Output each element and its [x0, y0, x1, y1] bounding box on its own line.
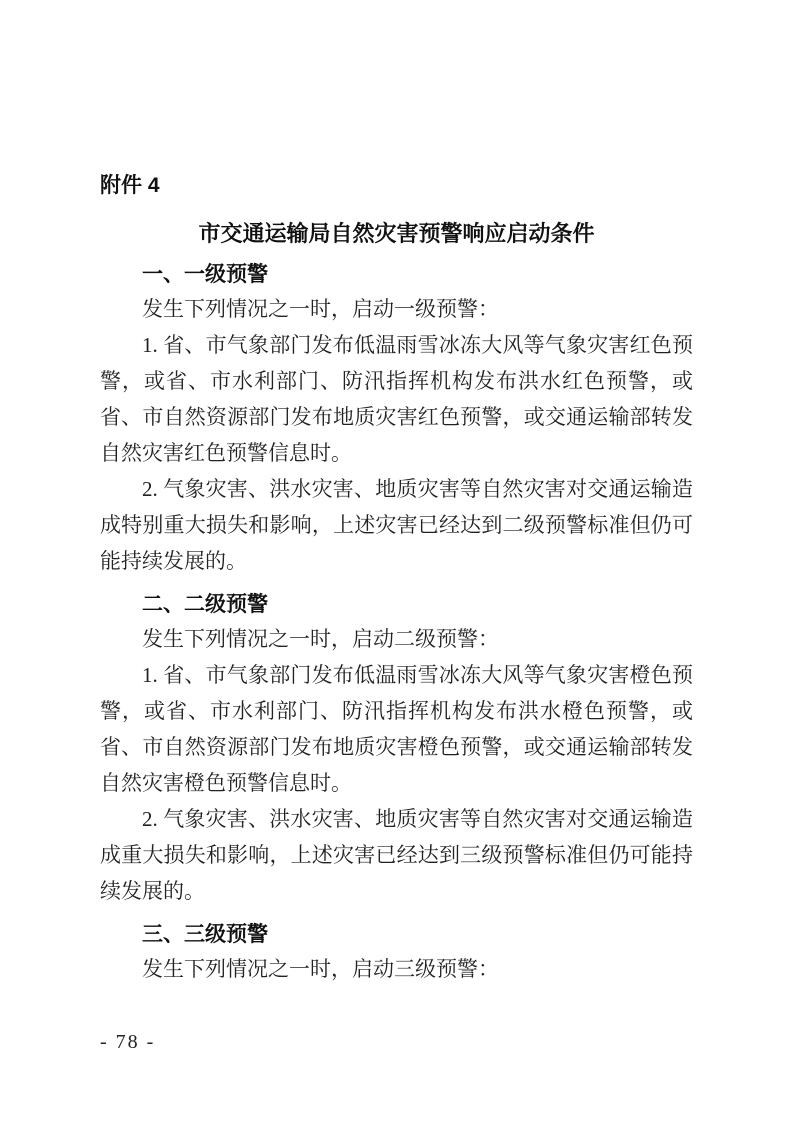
section-level-1-warning: 一、一级预警 发生下列情况之一时，启动一级预警： 1. 省、市气象部门发布低温雨… — [100, 259, 693, 579]
section-3-intro-paragraph: 发生下列情况之一时，启动三级预警： — [100, 951, 693, 987]
section-2-condition-1: 1. 省、市气象部门发布低温雨雪冰冻大风等气象灾害橙色预警，或省、市水利部门、防… — [100, 657, 693, 801]
section-heading-level-3: 三、三级预警 — [100, 919, 693, 951]
section-1-condition-2: 2. 气象灾害、洪水灾害、地质灾害等自然灾害对交通运输造成特别重大损失和影响，上… — [100, 471, 693, 579]
section-2-intro-paragraph: 发生下列情况之一时，启动二级预警： — [100, 621, 693, 657]
document-title: 市交通运输局自然灾害预警响应启动条件 — [100, 219, 693, 249]
section-heading-level-2: 二、二级预警 — [100, 589, 693, 621]
section-1-condition-1: 1. 省、市气象部门发布低温雨雪冰冻大风等气象灾害红色预警，或省、市水利部门、防… — [100, 327, 693, 471]
section-level-2-warning: 二、二级预警 发生下列情况之一时，启动二级预警： 1. 省、市气象部门发布低温雨… — [100, 589, 693, 909]
section-level-3-warning: 三、三级预警 发生下列情况之一时，启动三级预警： — [100, 919, 693, 987]
page-number: - 78 - — [100, 1031, 155, 1054]
section-1-intro-paragraph: 发生下列情况之一时，启动一级预警： — [100, 291, 693, 327]
document-page: 附件 4 市交通运输局自然灾害预警响应启动条件 一、一级预警 发生下列情况之一时… — [0, 0, 793, 1122]
attachment-label: 附件 4 — [100, 173, 693, 199]
section-2-condition-2: 2. 气象灾害、洪水灾害、地质灾害等自然灾害对交通运输造成重大损失和影响，上述灾… — [100, 801, 693, 909]
section-heading-level-1: 一、一级预警 — [100, 259, 693, 291]
